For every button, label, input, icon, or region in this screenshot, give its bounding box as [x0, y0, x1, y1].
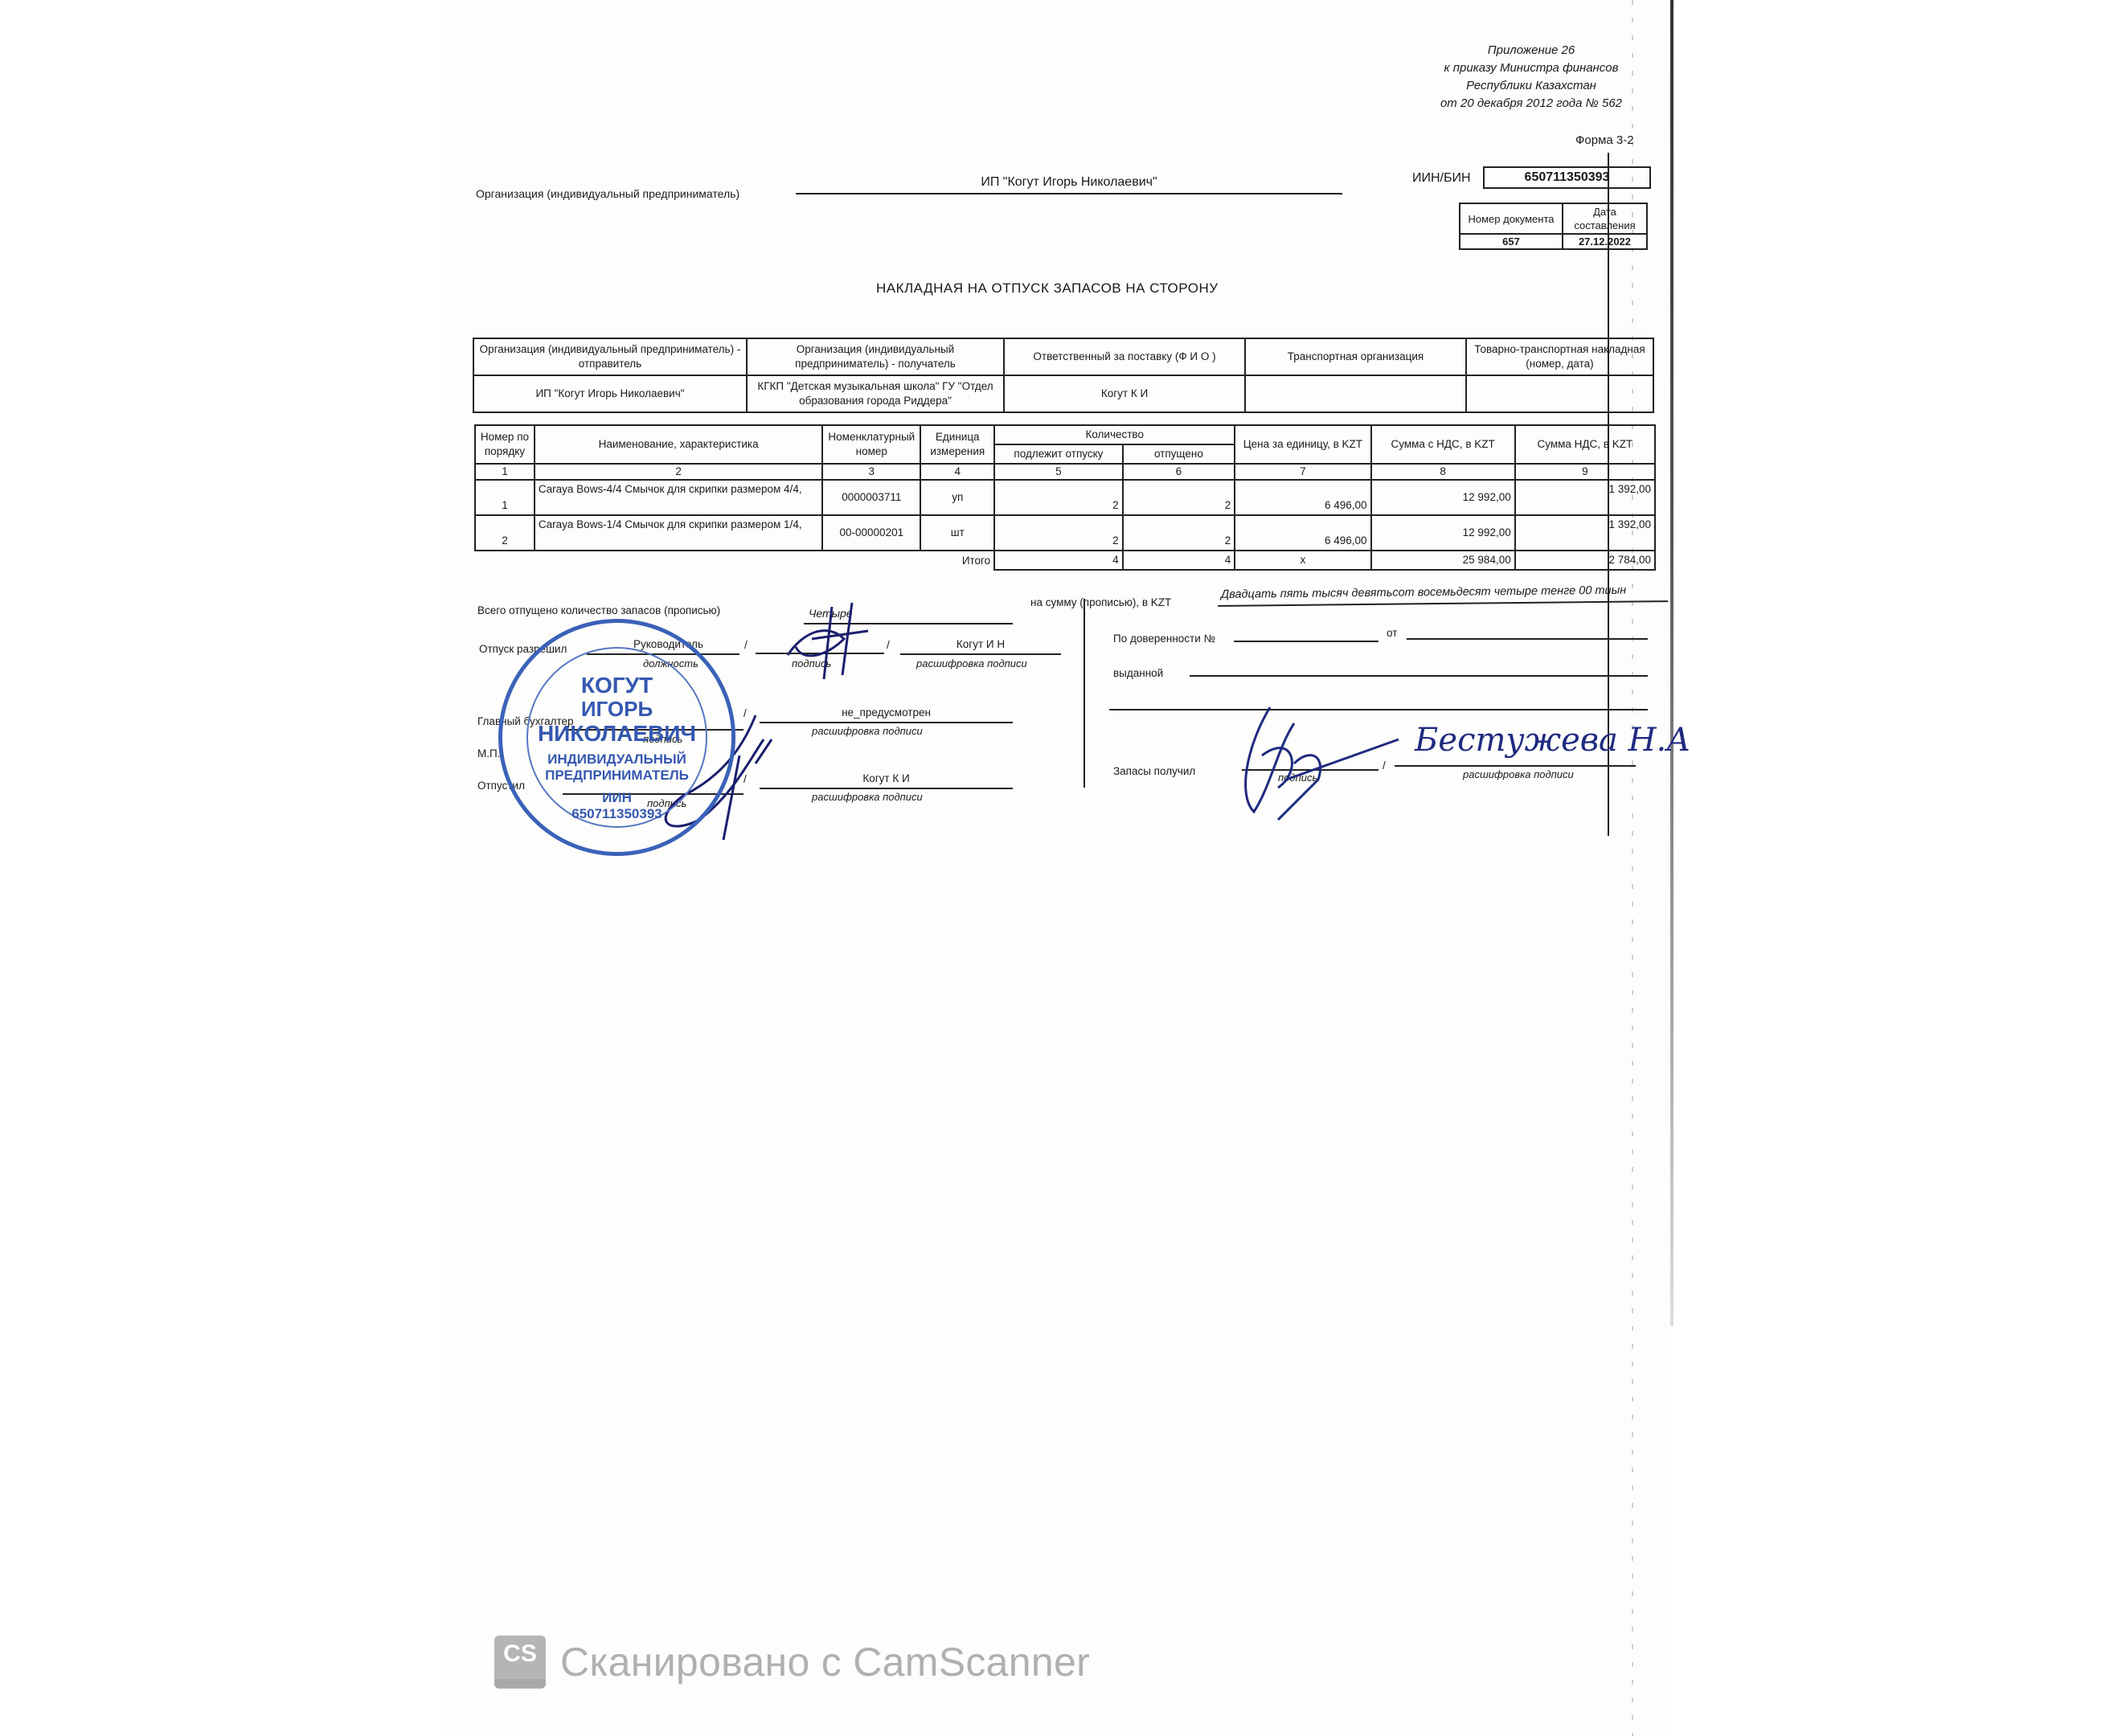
received-label: Запасы получил — [1113, 765, 1195, 777]
doc-number-header: Номер документа — [1460, 203, 1563, 234]
col-number: 6 — [1123, 464, 1235, 480]
col-number: 2 — [535, 464, 822, 480]
paper-edge — [1670, 0, 1673, 1326]
stamp-line: ПРЕДПРИНИМАТЕЛЬ — [502, 768, 731, 784]
separator: / — [744, 639, 748, 651]
row-price: 6 496,00 — [1235, 480, 1370, 515]
col-number: 9 — [1515, 464, 1655, 480]
stamp-line: КОГУТ — [502, 673, 731, 698]
row-name: Caraya Bows-4/4 Смычок для скрипки разме… — [535, 480, 822, 515]
iin-label: ИИН/БИН — [1412, 171, 1471, 186]
row-num: 1 — [475, 480, 535, 515]
release-signature-icon — [772, 599, 884, 687]
row-vat: 1 392,00 — [1515, 515, 1655, 551]
proxy-date-line — [1407, 637, 1648, 640]
document-title: НАКЛАДНАЯ НА ОТПУСК ЗАПАСОВ НА СТОРОНУ — [876, 280, 1219, 297]
doc-date: 27.12.2022 — [1563, 234, 1647, 249]
total-sum-vat: 25 984,00 — [1371, 551, 1515, 570]
col-name-header: Наименование, характеристика — [535, 425, 822, 464]
chief-accountant-name-line: не_предусмотрен — [760, 706, 1013, 723]
col-unit-header: Единица измерения — [920, 425, 994, 464]
sum-words-label: на сумму (прописью), в KZT — [1030, 596, 1171, 608]
received-name-line — [1395, 764, 1636, 767]
camscanner-icon: CS — [494, 1636, 546, 1689]
sum-words-value: Двадцать пять тысяч девятьсот восемьдеся… — [1221, 584, 1626, 601]
decode-caption: расшифровка подписи — [812, 791, 923, 803]
row-qty-to-release: 2 — [994, 480, 1122, 515]
released-by-name: Когут К И — [862, 772, 909, 784]
stamp-line: ИНДИВИДУАЛЬНЫЙ — [502, 751, 731, 768]
mp-label: М.П. — [477, 747, 500, 759]
total-qty-released: 4 — [1123, 551, 1235, 570]
proxy-number-line — [1234, 639, 1378, 642]
sender-value: ИП "Когут Игорь Николаевич" — [473, 375, 747, 412]
proxy-from-label: от — [1387, 627, 1397, 639]
row-price: 6 496,00 — [1235, 515, 1370, 551]
col-price-header: Цена за единицу, в KZT — [1235, 425, 1370, 464]
table-row: 2 Caraya Bows-1/4 Смычок для скрипки раз… — [475, 515, 1655, 551]
iin-value: 650711350393 — [1483, 166, 1651, 189]
col-number: 4 — [920, 464, 994, 480]
issued-line — [1190, 674, 1648, 677]
transport-org-header: Транспортная организация — [1245, 338, 1466, 375]
stamp-line: 650711350393 — [502, 806, 731, 822]
col-number: 5 — [994, 464, 1122, 480]
waybill-value — [1466, 375, 1653, 412]
row-qty-released: 2 — [1123, 480, 1235, 515]
separator: / — [887, 639, 890, 651]
receiver-value: КГКП "Детская музыкальная школа" ГУ "Отд… — [747, 375, 1004, 412]
scanned-paper — [447, 0, 1672, 1736]
proxy-label: По доверенности № — [1113, 633, 1215, 645]
company-stamp: КОГУТ ИГОРЬ НИКОЛАЕВИЧ ИНДИВИДУАЛЬНЫЙ ПР… — [498, 619, 735, 856]
total-vat: 2 784,00 — [1515, 551, 1655, 570]
col-vat-header: Сумма НДС, в KZT — [1515, 425, 1655, 464]
stamp-line: НИКОЛАЕВИЧ — [502, 721, 731, 747]
items-table: Номер по порядку Наименование, характери… — [474, 424, 1656, 571]
organization-value: ИП "Когут Игорь Николаевич" — [796, 175, 1342, 194]
stamp-line: ИИН — [502, 790, 731, 806]
row-sum-vat: 12 992,00 — [1371, 515, 1515, 551]
doc-date-header: Дата составления — [1563, 203, 1647, 234]
doc-number: 657 — [1460, 234, 1563, 249]
row-vat: 1 392,00 — [1515, 480, 1655, 515]
appendix-note: Приложение 26 к приказу Министра финансо… — [1395, 42, 1668, 113]
organization-label: Организация (индивидуальный предпринимат… — [476, 187, 739, 200]
appendix-line: от 20 декабря 2012 года № 562 — [1395, 95, 1668, 113]
total-qty-to-release: 4 — [994, 551, 1122, 570]
col-qty-header: Количество — [994, 425, 1235, 444]
responsible-header: Ответственный за поставку (Ф И О ) — [1004, 338, 1245, 375]
appendix-line: Республики Казахстан — [1395, 77, 1668, 95]
row-sum-vat: 12 992,00 — [1371, 480, 1515, 515]
waybill-header: Товарно-транспортная накладная (номер, д… — [1466, 338, 1653, 375]
col-number: 3 — [822, 464, 920, 480]
scan-noise — [1632, 0, 1633, 1736]
col-number: 8 — [1371, 464, 1515, 480]
document-info-table: Номер документа Дата составления 657 27.… — [1459, 203, 1648, 250]
camscanner-text: Сканировано с CamScanner — [560, 1639, 1090, 1685]
chief-accountant-name: не_предусмотрен — [842, 706, 931, 719]
col-num-header: Номер по порядку — [475, 425, 535, 464]
appendix-line: Приложение 26 — [1395, 42, 1668, 59]
row-unit: шт — [920, 515, 994, 551]
row-num: 2 — [475, 515, 535, 551]
transport-org-value — [1245, 375, 1466, 412]
qty-words-label: Всего отпущено количество запасов (пропи… — [477, 604, 720, 616]
responsible-value: Когут К И — [1004, 375, 1245, 412]
col-number: 7 — [1235, 464, 1370, 480]
row-qty-to-release: 2 — [994, 515, 1122, 551]
total-row: Итого 4 4 x 25 984,00 2 784,00 — [475, 551, 1655, 570]
sender-header: Организация (индивидуальный предпринимат… — [473, 338, 747, 375]
row-qty-released: 2 — [1123, 515, 1235, 551]
col-number: 1 — [475, 464, 535, 480]
row-name: Caraya Bows-1/4 Смычок для скрипки разме… — [535, 515, 822, 551]
appendix-line: к приказу Министра финансов — [1395, 59, 1668, 77]
col-nomen-header: Номенклатурный номер — [822, 425, 920, 464]
received-name-handwritten: Бестужева Н.А — [1415, 722, 1690, 759]
receiver-header: Организация (индивидуальный предпринимат… — [747, 338, 1004, 375]
released-by-name-line: Когут К И — [760, 772, 1013, 789]
decode-caption: расшифровка подписи — [916, 657, 1027, 669]
col-sum-vat-header: Сумма с НДС, в KZT — [1371, 425, 1515, 464]
release-name-line: Когут И Н — [900, 637, 1061, 655]
received-signature-icon — [1230, 699, 1407, 828]
row-unit: уп — [920, 480, 994, 515]
row-nomen: 0000003711 — [822, 480, 920, 515]
table-row: 1 Caraya Bows-4/4 Смычок для скрипки раз… — [475, 480, 1655, 515]
row-nomen: 00-00000201 — [822, 515, 920, 551]
stamp-line: ИГОРЬ — [502, 697, 731, 722]
issued-label: выданной — [1113, 667, 1163, 679]
section-divider — [1084, 599, 1085, 788]
parties-table: Организация (индивидуальный предпринимат… — [473, 338, 1654, 413]
release-name: Когут И Н — [957, 638, 1005, 650]
camscanner-watermark: CS Сканировано с CamScanner — [494, 1636, 1090, 1689]
col-qty-to-release-header: подлежит отпуску — [994, 444, 1122, 464]
form-number: Форма 3-2 — [1575, 133, 1634, 147]
decode-caption: расшифровка подписи — [1463, 768, 1574, 780]
total-label: Итого — [475, 551, 994, 570]
col-qty-released-header: отпущено — [1123, 444, 1235, 464]
total-price: x — [1235, 551, 1370, 570]
decode-caption: расшифровка подписи — [812, 725, 923, 737]
